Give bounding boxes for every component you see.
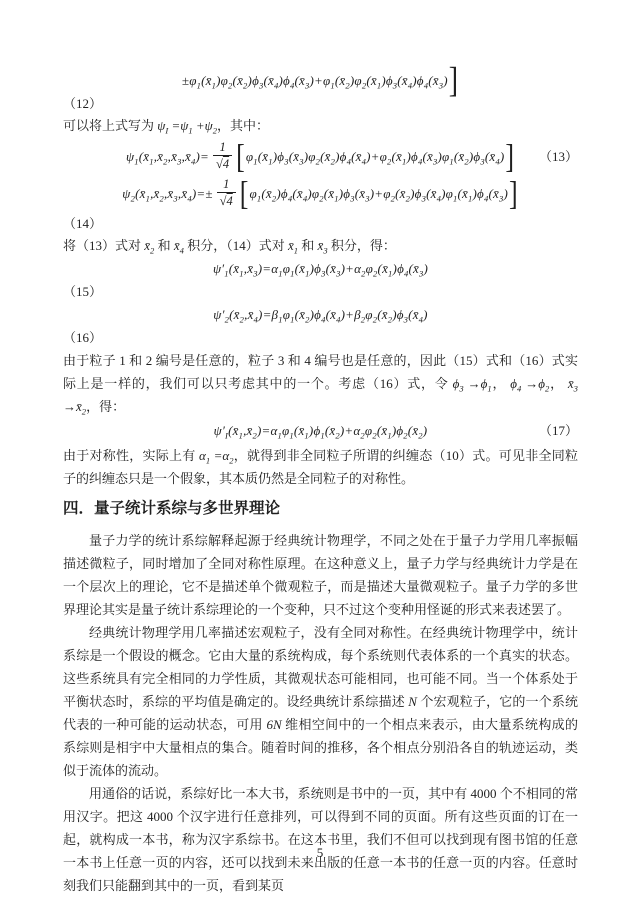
equation-label-16: （16） [63,328,578,348]
equation-number-13: （13） [539,146,578,168]
fraction-one-over-sqrt4: 1 √4 [213,140,232,173]
equation-14-lhs: ψ2(x̄1,x̄2,x̄3,x̄4)=± [122,183,212,205]
paragraph-classical-ensemble: 经典统计物理学用几率描述宏观粒子，没有全同对称性。在经典统计物理学中，统计系综是… [63,621,578,782]
paper-page: ±φ1(x̄1)φ2(x̄2)ϕ3(x̄4)ϕ4(x̄3)+φ1(x̄2)φ2(… [0,0,640,905]
fraction-denominator: √4 [213,155,232,173]
page-content: ±φ1(x̄1)φ2(x̄2)ϕ3(x̄4)ϕ4(x̄3)+φ1(x̄2)φ2(… [0,0,640,897]
equation-14-body: φ1(x̄2)ϕ4(x̄4)φ2(x̄1)ϕ3(x̄3)+φ2(x̄2)ϕ3(x… [249,183,508,205]
equation-12-body: ±φ1(x̄1)φ2(x̄2)ϕ3(x̄4)ϕ4(x̄3)+φ1(x̄2)φ2(… [182,70,448,92]
equation-15-body: ψ′1(x̄1,x̄3)=α1φ1(x̄1)ϕ3(x̄3)+α2φ2(x̄1)ϕ… [213,258,428,280]
fraction-one-over-sqrt4: 1 √4 [217,177,236,210]
equation-label-15: （15） [63,282,578,302]
equation-16-body: ψ′2(x̄2,x̄4)=β1φ1(x̄2)ϕ4(x̄4)+β2φ2(x̄2)ϕ… [213,304,427,326]
equation-number-17: （17） [539,420,578,442]
paragraph-ensemble-origin: 量子力学的统计系综解释起源于经典统计物理学，不同之处在于量子力学用几率振幅描述微… [63,529,578,621]
fraction-numerator: 1 [218,177,234,192]
paragraph-integration: 将（13）式对 x̄2 和 x̄4 积分，（14）式对 x̄1 和 x̄3 积分… [63,235,578,256]
equation-13-body: φ1(x̄1)ϕ3(x̄3)φ2(x̄2)ϕ4(x̄4)+φ2(x̄1)ϕ4(x… [246,146,505,168]
equation-12-continuation: ±φ1(x̄1)φ2(x̄2)ϕ3(x̄4)ϕ4(x̄3)+φ1(x̄2)φ2(… [63,70,578,92]
paragraph-after-16: 由于粒子 1 和 2 编号是任意的，粒子 3 和 4 编号也是任意的，因此（15… [63,349,578,418]
page-number: 5 [0,845,640,861]
equation-16: ψ′2(x̄2,x̄4)=β1φ1(x̄2)ϕ4(x̄4)+β2φ2(x̄2)ϕ… [63,304,578,326]
section-heading: 四．量子统计系综与多世界理论 [63,498,578,520]
paragraph-book-analogy: 用通俗的话说，系综好比一本大书，系统则是书中的一页，其中有 4000 个不相同的… [63,782,578,897]
paragraph-intro-psi: 可以将上式写为 ψI =ψ1 +ψ2，其中： [63,115,578,136]
equation-label-12: （12） [63,94,578,114]
equation-17: ψ′I(x̄1,x̄2)=α1φ1(x̄1)ϕ1(x̄2)+α2φ2(x̄1)ϕ… [63,420,578,442]
equation-17-body: ψ′I(x̄1,x̄2)=α1φ1(x̄1)ϕ1(x̄2)+α2φ2(x̄1)ϕ… [214,420,428,442]
fraction-numerator: 1 [214,140,230,155]
paragraph-after-17: 由于对称性，实际上有 α1 =α2，就得到非全同粒子所谓的纠缠态（10）式。可见… [63,444,578,490]
equation-label-14: （14） [63,214,578,234]
fraction-denominator: √4 [217,192,236,210]
equation-13-lhs: ψ1(x̄1,x̄2,x̄3,x̄4)= [126,146,209,168]
equation-14: ψ2(x̄1,x̄2,x̄3,x̄4)=± 1 √4 [ φ1(x̄2)ϕ4(x… [63,177,578,210]
equation-15: ψ′1(x̄1,x̄3)=α1φ1(x̄1)ϕ3(x̄3)+α2φ2(x̄1)ϕ… [63,258,578,280]
equation-13: ψ1(x̄1,x̄2,x̄3,x̄4)= 1 √4 [ φ1(x̄1)ϕ3(x̄… [63,140,578,173]
